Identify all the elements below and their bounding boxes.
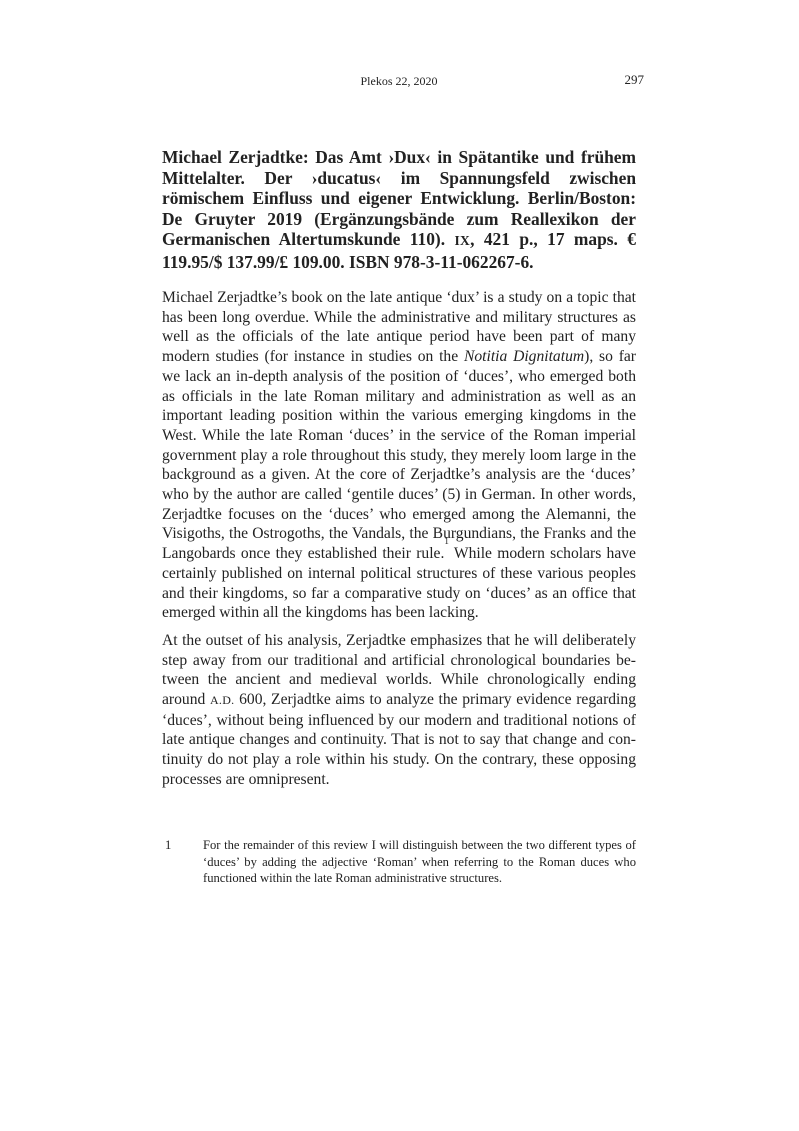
footnotes: 1 For the remainder of this review I wil… xyxy=(162,837,636,887)
review-body: Michael Zerjadtke’s book on the late ant… xyxy=(162,288,636,790)
journal-citation: Plekos 22, 2020 xyxy=(162,73,636,89)
footnote-number: 1 xyxy=(162,837,203,854)
footnote-1: 1 For the remainder of this review I wil… xyxy=(162,837,636,887)
paragraph-2: At the outset of his analysis, Zerjadtke… xyxy=(162,631,636,790)
reviewed-book-citation: Michael Zerjadtke: Das Amt ›Dux‹ in Spät… xyxy=(162,147,636,273)
paragraph-1-text-b: ), so far we lack an in-depth analysis o… xyxy=(162,348,636,562)
roman-numeral-pages: IX xyxy=(454,233,470,248)
running-head: Plekos 22, 2020 297 xyxy=(162,73,636,89)
page-number: 297 xyxy=(625,72,645,88)
paragraph-2-text-b: 600, Zerjadtke aims to analyze the prima… xyxy=(162,691,636,788)
anno-domini-abbrev: A.D. xyxy=(210,693,235,707)
footnote-reference-1[interactable]: 1 xyxy=(444,536,449,546)
footnote-text: For the remainder of this review I will … xyxy=(203,837,636,887)
paragraph-1: Michael Zerjadtke’s book on the late ant… xyxy=(162,288,636,623)
notitia-dignitatum-title: Notitia Dignitatum xyxy=(464,348,584,365)
